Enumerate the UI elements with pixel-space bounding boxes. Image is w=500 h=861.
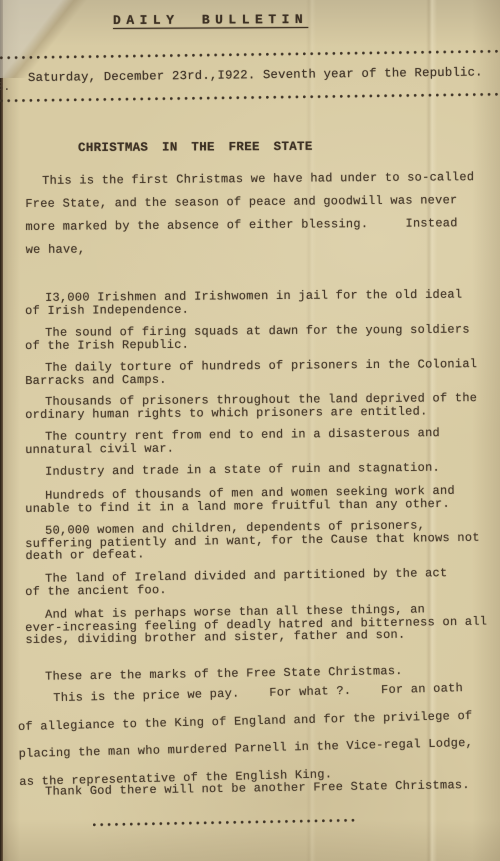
article-paragraph-bitterness: And what is perhaps worse than all these…: [25, 603, 487, 647]
article-paragraph-partition: The land of Ireland divided and partitio…: [25, 567, 487, 598]
paper-fold-crease: [0, 0, 125, 78]
dotted-rule-bottom: [93, 818, 355, 827]
article-paragraph-rights: Thousands of prisoners throughout the la…: [25, 392, 487, 421]
article-paragraph-firing-squads: The sound of firing squads at dawn for t…: [25, 323, 487, 352]
article-paragraph-women-children: 50,000 women and children, dependents of…: [25, 519, 487, 563]
bulletin-page: DAILY BULLETIN 3. Saturday, December 23r…: [0, 0, 500, 861]
article-paragraph-torture: The daily torture of hundreds of prisone…: [25, 358, 487, 387]
margin-number: 3.: [0, 80, 10, 94]
article-paragraph-prisoners: I3,000 Irishmen and Irishwomen in jail f…: [25, 288, 487, 317]
article-paragraph-industry: Industry and trade in a state of ruin an…: [25, 461, 487, 478]
article-paragraph-price: This is the price we pay. For what ?. Fo…: [17, 675, 482, 796]
page-left-edge: [0, 0, 3, 861]
dotted-rule-second: [0, 92, 500, 103]
article-heading: CHRISTMAS IN THE FREE STATE: [78, 140, 313, 155]
article-paragraph-intro: This is the first Christmas we have had …: [25, 166, 488, 262]
masthead-title: DAILY BULLETIN: [113, 12, 308, 28]
article-paragraph-unemployment: Hundreds of thousands of men and women s…: [25, 484, 487, 515]
article-paragraph-civil-war: The country rent from end to end in a di…: [25, 427, 487, 456]
